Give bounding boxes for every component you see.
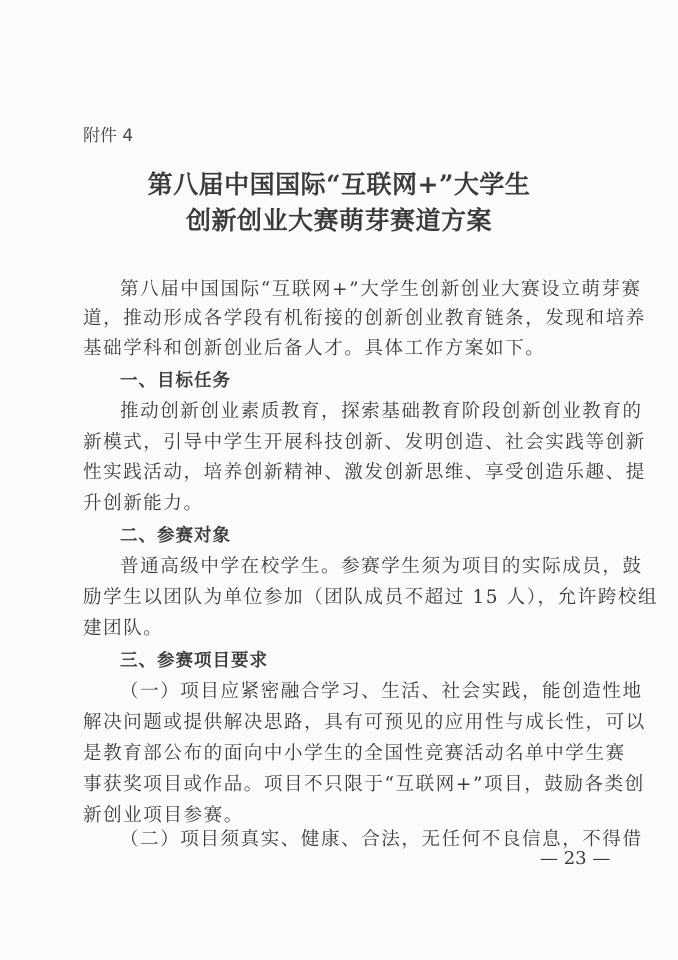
body-line: 升创新能力。 xyxy=(83,491,204,517)
intro-line: 基础学科和创新创业后备人才。具体工作方案如下。 xyxy=(83,336,545,362)
body-line: 新模式，引导中学生开展科技创新、发明创造、社会实践等创新 xyxy=(83,430,646,456)
document-title-line-1: 第八届中国国际“互联网+”大学生 xyxy=(0,167,678,203)
intro-line: 道，推动形成各学段有机衔接的创新创业教育链条，发现和培养 xyxy=(83,306,646,332)
document-title-line-2: 创新创业大赛萌芽赛道方案 xyxy=(0,203,678,239)
section-heading-3: 三、参赛项目要求 xyxy=(120,648,268,674)
body-line: 推动创新创业素质教育，探索基础教育阶段创新创业教育的 xyxy=(120,399,643,425)
body-line: 建团队。 xyxy=(83,616,163,642)
body-line: 励学生以团队为单位参加（团队成员不超过 15 人），允许跨校组 xyxy=(83,585,658,611)
section-heading-2: 二、参赛对象 xyxy=(120,523,231,549)
body-line: 事获奖项目或作品。项目不只限于“互联网+”项目，鼓励各类创 xyxy=(83,772,645,798)
intro-line: 第八届中国国际“互联网+”大学生创新创业大赛设立萌芽赛 xyxy=(120,277,642,303)
body-line: 普通高级中学在校学生。参赛学生须为项目的实际成员，鼓 xyxy=(120,554,643,580)
body-line: （一）项目应紧密融合学习、生活、社会实践，能创造性地 xyxy=(120,679,643,705)
page-number: — 23 — xyxy=(540,848,610,869)
body-line: 解决问题或提供解决思路，具有可预见的应用性与成长性，可以 xyxy=(83,710,646,736)
body-line: 是教育部公布的面向中小学生的全国性竞赛活动名单中学生赛 xyxy=(83,741,626,767)
body-line: 新创业项目参赛。 xyxy=(83,803,244,829)
body-line: 性实践活动，培养创新精神、激发创新思维、享受创造乐趣、提 xyxy=(83,460,646,486)
attachment-label: 附件 4 xyxy=(83,121,133,146)
section-heading-1: 一、目标任务 xyxy=(120,368,231,394)
